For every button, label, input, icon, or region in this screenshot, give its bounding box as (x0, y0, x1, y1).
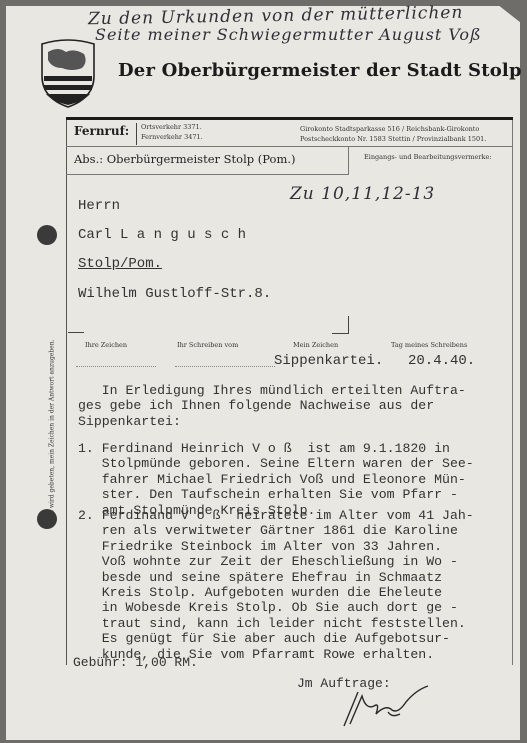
phone-numbers: Ortsverkehr 3371. Fernverkehr 3471. (141, 122, 203, 142)
body-item-1: 1. Ferdinand Heinrich V o ß ist am 9.1.1… (78, 441, 474, 518)
address-corner-right-v (348, 316, 349, 333)
label-ihr-schreiben: Ihr Schreiben vom (177, 341, 238, 349)
frame-left-border (66, 120, 67, 665)
phone-label: Fernruf: (74, 124, 129, 138)
bank-line-2: Postscheckkonto Nr. 1583 Stettin / Provi… (300, 134, 486, 144)
label-ihre-zeichen: Ihre Zeichen (85, 341, 127, 349)
label-mein-zeichen: Mein Zeichen (293, 341, 338, 349)
bank-line-1: Girokonto Stadtsparkasse 516 / Reichsban… (300, 124, 486, 134)
signature (336, 684, 436, 730)
phone-long-distance: Fernverkehr 3471. (141, 132, 203, 142)
handwritten-reference: Zu 10,11,12-13 (290, 184, 435, 204)
address-corner-left (68, 332, 84, 333)
recipient-street: Wilhelm Gustloff-Str.8. (78, 286, 271, 302)
phone-local: Ortsverkehr 3371. (141, 122, 203, 132)
recipient-name: Carl L a n g u s c h (78, 227, 246, 243)
phone-divider (136, 123, 137, 145)
ihr-schreiben-line (175, 366, 275, 367)
letterhead-title: Der Oberbürgermeister der Stadt Stolp (P… (118, 60, 527, 81)
sender-rule (66, 174, 349, 175)
ihre-zeichen-line (76, 366, 156, 367)
label-tag-schreibens: Tag meines Schreibens (391, 341, 467, 349)
body-item-2: 2. Ferdinand V o ß heiratete im Alter vo… (78, 508, 474, 662)
body-intro: In Erledigung Ihres mündlich erteilten A… (78, 383, 466, 429)
coat-of-arms-icon (38, 38, 98, 108)
sender-divider (348, 147, 349, 175)
sender-line: Abs.: Oberbürgermeister Stolp (Pom.) (74, 152, 296, 166)
frame-right-border (512, 120, 513, 665)
contact-rule (66, 146, 513, 147)
header-rule (66, 117, 513, 120)
mein-zeichen-value: Sippenkartei. (274, 353, 383, 369)
fee-line: Gebühr: 1,00 RM. (73, 655, 198, 670)
punch-hole-top (37, 225, 57, 245)
receipt-notes-label: Eingangs- und Bearbeitungsvermerke: (364, 153, 491, 161)
punch-hole-bottom (37, 509, 57, 529)
recipient-salutation: Herrn (78, 198, 120, 214)
address-corner-right-h (332, 333, 349, 334)
bank-details: Girokonto Stadtsparkasse 516 / Reichsban… (300, 124, 486, 144)
handwritten-note-line2: Seite meiner Schwiegermutter August Voß (95, 25, 482, 44)
recipient-city: Stolp/Pom. (78, 256, 162, 272)
letter-date: 20.4.40. (408, 353, 475, 369)
